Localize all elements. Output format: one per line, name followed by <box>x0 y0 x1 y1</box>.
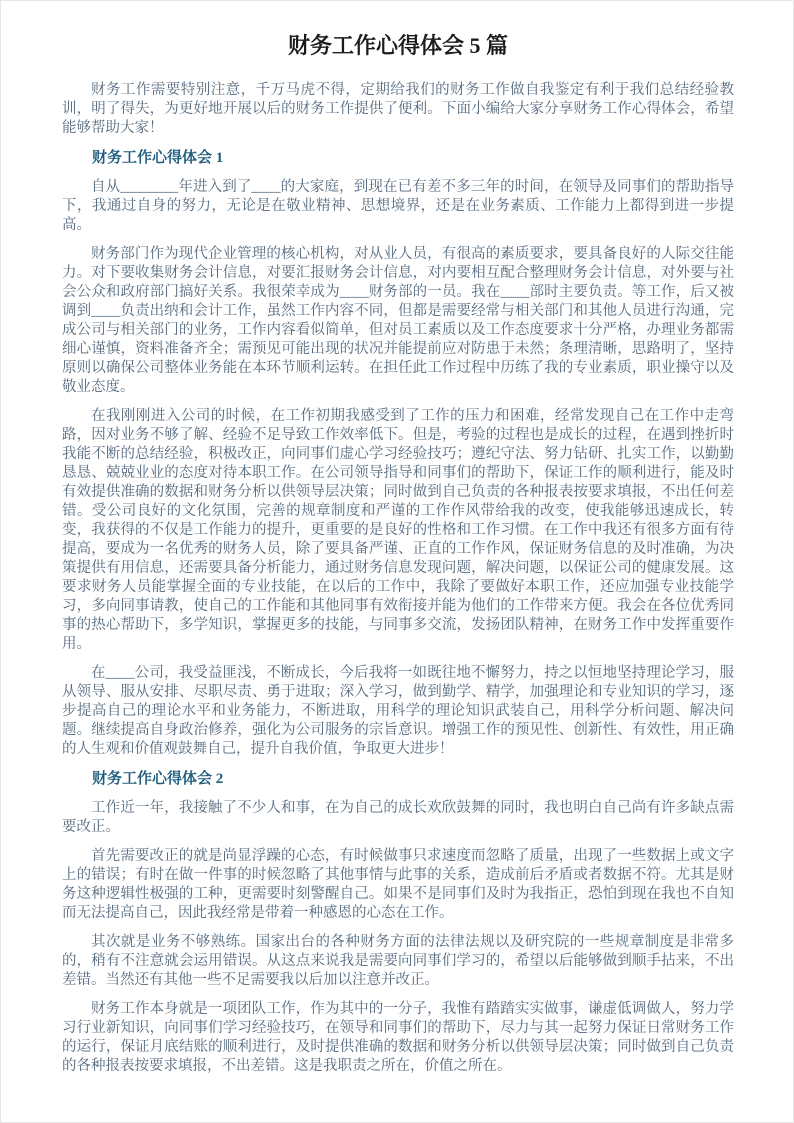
document-title: 财务工作心得体会 5 篇 <box>62 31 734 61</box>
section-1-paragraph-4: 在____公司，我受益匪浅，不断成长，今后我将一如既往地不懈努力，持之以恒地坚持… <box>62 664 734 759</box>
section-1-paragraph-2: 财务部门作为现代企业管理的核心机构，对从业人员，有很高的素质要求，要具备良好的人… <box>62 245 734 397</box>
section-2-paragraph-1: 工作近一年，我接触了不少人和事，在为自己的成长欢欣鼓舞的同时，我也明白自己尚有许… <box>62 799 734 837</box>
intro-paragraph: 财务工作需要特别注意，千万马虎不得，定期给我们的财务工作做自我鉴定有利于我们总结… <box>62 81 734 138</box>
section-2-heading: 财务工作心得体会 2 <box>62 769 734 789</box>
section-1-paragraph-3: 在我刚刚进入公司的时候，在工作初期我感受到了工作的压力和困难，经常发现自己在工作… <box>62 407 734 654</box>
document-page: 财务工作心得体会 5 篇 财务工作需要特别注意，千万马虎不得，定期给我们的财务工… <box>0 0 794 1123</box>
section-1-paragraph-1: 自从________年进入到了____的大家庭，到现在已有差不多三年的时间，在领… <box>62 178 734 235</box>
section-2-paragraph-2: 首先需要改正的就是尚显浮躁的心态，有时候做事只求速度而忽略了质量，出现了一些数据… <box>62 847 734 923</box>
section-1-heading: 财务工作心得体会 1 <box>62 148 734 168</box>
section-2-paragraph-3: 其次就是业务不够熟练。国家出台的各种财务方面的法律法规以及研究院的一些规章制度是… <box>62 933 734 990</box>
section-2-paragraph-4: 财务工作本身就是一项团队工作，作为其中的一分子，我惟有踏踏实实做事，谦虚低调做人… <box>62 1000 734 1076</box>
